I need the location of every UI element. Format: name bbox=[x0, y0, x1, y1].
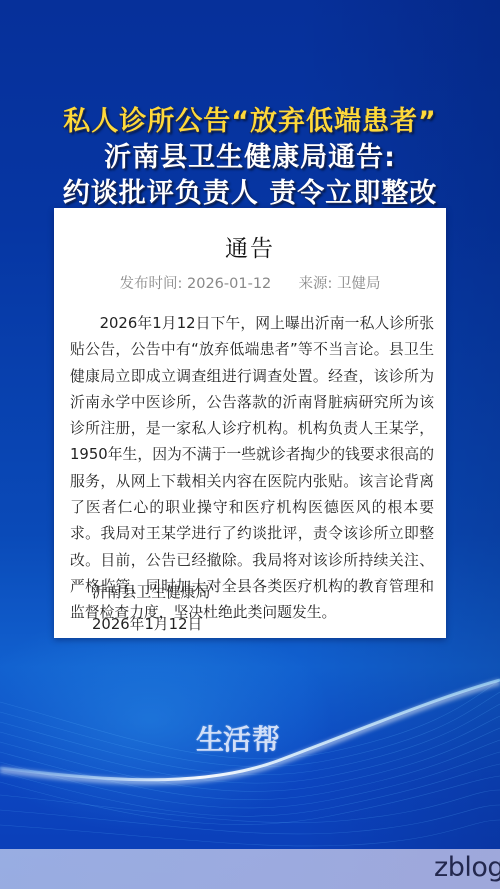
logo-text: 生活 bbox=[196, 723, 250, 756]
logo-glyph-icon: 帮 bbox=[252, 718, 279, 758]
notice-card: 通告 发布时间: 2026-01-12 来源: 卫健局 2026年1月12日下午… bbox=[54, 208, 446, 638]
publish-date: 2026-01-12 bbox=[187, 276, 271, 292]
headline-line-1: 私人诊所公告“放弃低端患者” bbox=[0, 104, 500, 140]
watermark: zblog bbox=[434, 852, 500, 883]
bottom-overlay-band bbox=[0, 849, 500, 889]
publish-label: 发布时间: bbox=[120, 276, 183, 292]
source-label: 来源: bbox=[299, 276, 333, 292]
notice-body: 2026年1月12日下午，网上曝出沂南一私人诊所张贴公告，公告中有“放弃低端患者… bbox=[70, 311, 434, 627]
headline: 私人诊所公告“放弃低端患者” 沂南县卫生健康局通告: 约谈批评负责人 责令立即整… bbox=[0, 104, 500, 212]
notice-meta: 发布时间: 2026-01-12 来源: 卫健局 bbox=[54, 272, 446, 293]
source-value: 卫健局 bbox=[337, 276, 381, 292]
signature-date: 2026年1月12日 bbox=[92, 613, 202, 634]
headline-line-3: 约谈批评负责人 责令立即整改 bbox=[0, 176, 500, 212]
notice-title: 通告 bbox=[54, 230, 446, 263]
headline-line-2: 沂南县卫生健康局通告: bbox=[0, 140, 500, 176]
brand-logo: 生活帮 bbox=[196, 718, 279, 778]
signature-org: 沂南县卫生健康局 bbox=[92, 581, 210, 602]
